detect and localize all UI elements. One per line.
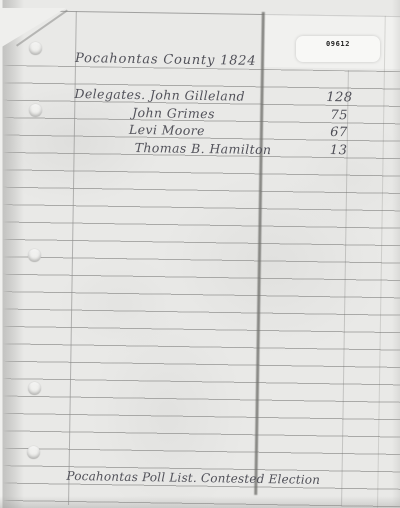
punch-hole [27, 446, 40, 459]
right-edge-shadow [392, 0, 400, 508]
delegate-name: John Grimes [132, 104, 215, 120]
punch-hole [29, 104, 42, 117]
delegate-name: Levi Moore [129, 122, 205, 138]
page-title: Pocahontas County 1824 [75, 51, 257, 69]
delegate-name: Delegates. John Gilleland [74, 86, 245, 104]
punch-hole [28, 249, 41, 262]
left-edge-shadow [0, 0, 24, 508]
vote-count: 67 [324, 125, 354, 140]
punch-hole [29, 42, 42, 55]
bottom-edge-shadow [0, 496, 400, 508]
vote-count: 128 [324, 90, 354, 105]
punch-hole [28, 382, 41, 395]
vote-count: 13 [324, 142, 354, 157]
scanned-notebook-page: Pocahontas County 1824 Delegates. John G… [0, 0, 400, 508]
vote-count: 75 [324, 107, 354, 122]
sticker-number: 09612 [296, 40, 380, 48]
barcode-sticker: 09612 [296, 36, 380, 62]
delegate-name: Thomas B. Hamilton [135, 139, 272, 156]
paper-content-layer: Pocahontas County 1824 Delegates. John G… [0, 0, 400, 508]
